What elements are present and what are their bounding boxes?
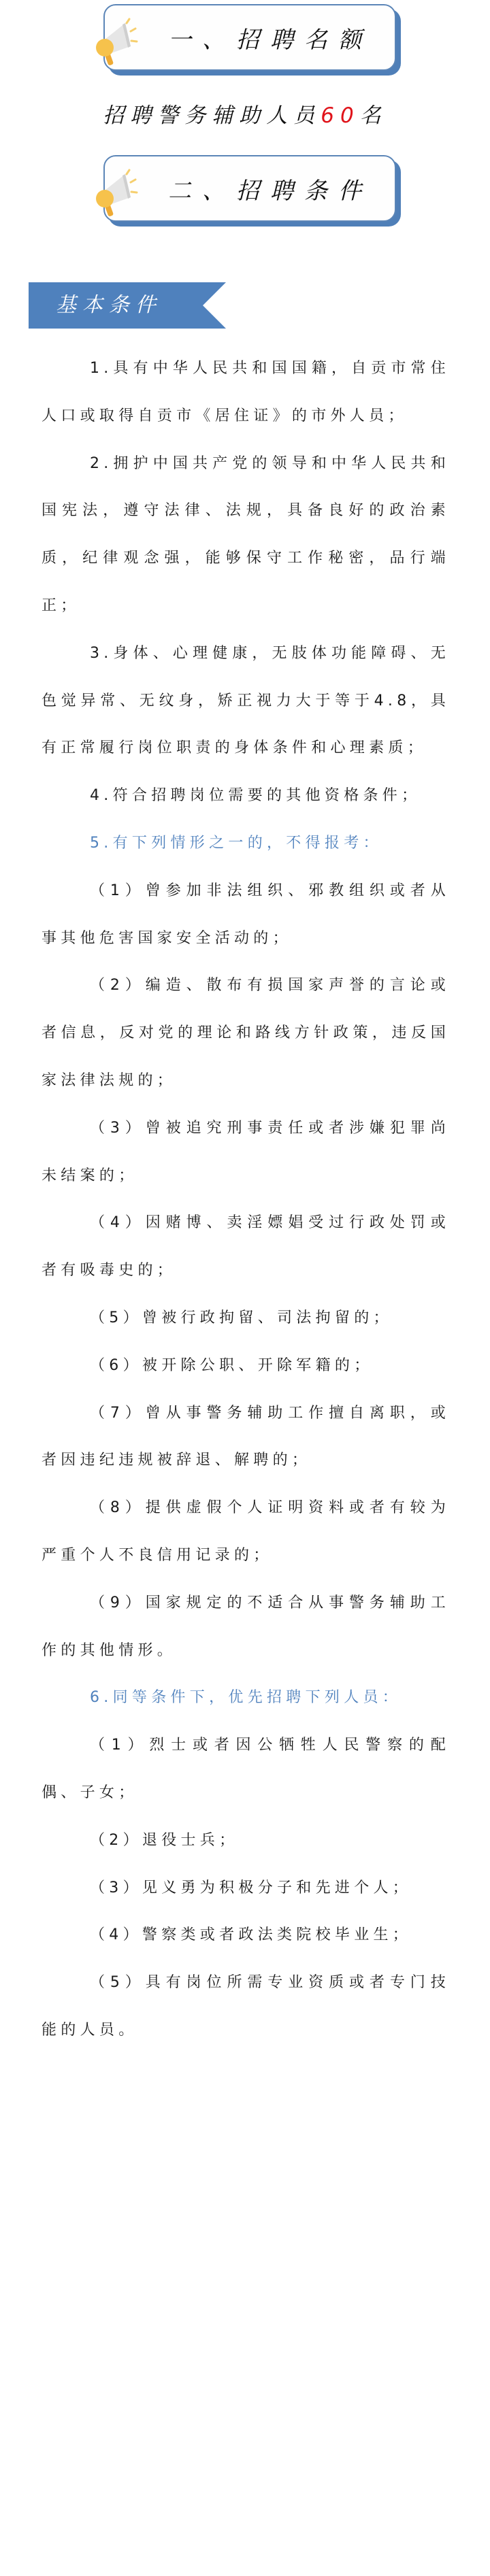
priority-item: （2）退役士兵；	[42, 1817, 450, 1864]
quota-statement: 招聘警务辅助人员60名	[0, 99, 490, 133]
disqualification-item: （7）曾从事警务辅助工作擅自离职，或者因违纪违规被辞退、解聘的；	[42, 1390, 450, 1485]
disqualification-item: （3）曾被追究刑事责任或者涉嫌犯罪尚未结案的；	[42, 1105, 450, 1200]
priority-item: （4）警察类或者政法类院校毕业生；	[42, 1911, 450, 1959]
condition-4: 4.符合招聘岗位需要的其他资格条件；	[42, 772, 450, 820]
disqualification-item: （2）编造、散布有损国家声誉的言论或者信息，反对党的理论和路线方针政策，违反国家…	[42, 962, 450, 1104]
priority-item: （3）见义勇为积极分子和先进个人；	[42, 1864, 450, 1912]
ribbon-label: 基本条件	[56, 282, 162, 329]
disqualification-item: （6）被开除公职、开除军籍的；	[42, 1342, 450, 1390]
section-title: 一、招聘名额	[105, 5, 395, 69]
priority-item: （1）烈士或者因公牺牲人民警察的配偶、子女；	[42, 1722, 450, 1817]
condition-1: 1.具有中华人民共和国国籍，自贡市常住人口或取得自贡市《居住证》的市外人员；	[42, 345, 450, 440]
ribbon-basic-conditions: 基本条件	[29, 282, 226, 329]
quota-number: 60	[321, 103, 359, 128]
priority-heading: 6.同等条件下，优先招聘下列人员：	[42, 1674, 450, 1722]
disqualification-item: （8）提供虚假个人证明资料或者有较为严重个人不良信用记录的；	[42, 1484, 450, 1579]
section-title: 二、招聘条件	[105, 156, 395, 220]
disqualification-item: （1）曾参加非法组织、邪教组织或者从事其他危害国家安全活动的；	[42, 867, 450, 963]
quota-suffix: 名	[360, 103, 387, 128]
conditions-body: 1.具有中华人民共和国国籍，自贡市常住人口或取得自贡市《居住证》的市外人员； 2…	[42, 345, 450, 2054]
quota-prefix: 招聘警务辅助人员	[103, 103, 321, 128]
disqualification-item: （9）国家规定的不适合从事警务辅助工作的其他情形。	[42, 1579, 450, 1675]
condition-3: 3.身体、心理健康，无肢体功能障碍、无色觉异常、无纹身，矫正视力大于等于4.8，…	[42, 630, 450, 772]
disqualification-item: （5）曾被行政拘留、司法拘留的；	[42, 1294, 450, 1342]
priority-item: （5）具有岗位所需专业资质或者专门技能的人员。	[42, 1959, 450, 2054]
disqualification-heading: 5.有下列情形之一的，不得报考：	[42, 820, 450, 867]
condition-2: 2.拥护中国共产党的领导和中华人民共和国宪法，遵守法律、法规，具备良好的政治素质…	[42, 440, 450, 630]
disqualification-item: （4）因赌博、卖淫嫖娼受过行政处罚或者有吸毒史的；	[42, 1199, 450, 1294]
section-header-conditions: 二、招聘条件	[103, 155, 396, 222]
section-header-quota: 一、招聘名额	[103, 4, 396, 71]
